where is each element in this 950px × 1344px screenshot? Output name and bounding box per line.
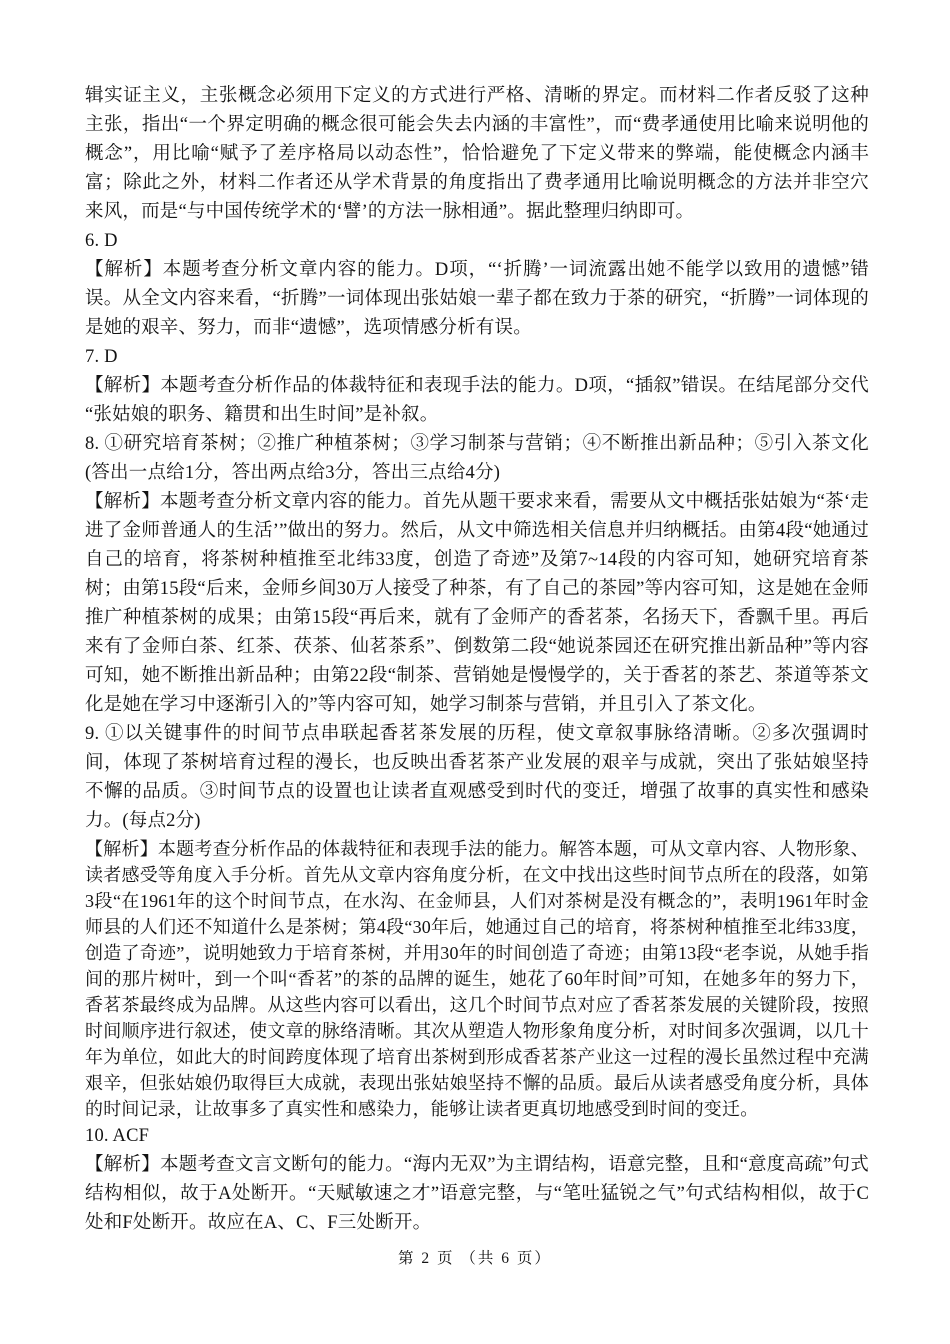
answer-sheet-page: 辑实证主义，主张概念必须用下定义的方式进行严格、清晰的界定。而材料二作者反驳了这…: [0, 0, 950, 1344]
answer-8-line: 8. ①研究培育茶树；②推广种植茶树；③学习制茶与营销；④不断推出新品种；⑤引入…: [85, 430, 869, 488]
paragraph-analysis-9: 【解析】本题考查分析作品的体裁特征和表现手法的能力。解答本题，可从文章内容、人物…: [85, 836, 869, 1122]
answer-9-line: 9. ①以关键事件的时间节点串联起香茗茶发展的历程，使文章叙事脉络清晰。②多次强…: [85, 720, 869, 836]
paragraph-analysis-10: 【解析】本题考查文言文断句的能力。“海内无双”为主谓结构，语意完整，且和“意度高…: [85, 1151, 869, 1238]
answer-6-line: 6. D: [85, 227, 869, 256]
paragraph-analysis-6: 【解析】本题考查分析文章内容的能力。D项，“‘折腾’一词流露出她不能学以致用的遗…: [85, 256, 869, 343]
paragraph-analysis-7: 【解析】本题考查分析作品的体裁特征和表现手法的能力。D项，“插叙”错误。在结尾部…: [85, 372, 869, 430]
paragraph-analysis-8: 【解析】本题考查分析文章内容的能力。首先从题干要求来看，需要从文中概括张姑娘为“…: [85, 488, 869, 720]
paragraph-analysis-5-continuation: 辑实证主义，主张概念必须用下定义的方式进行严格、清晰的界定。而材料二作者反驳了这…: [85, 82, 869, 227]
page-footer: 第 2 页 （共 6 页）: [0, 1246, 950, 1268]
answer-content: 辑实证主义，主张概念必须用下定义的方式进行严格、清晰的界定。而材料二作者反驳了这…: [85, 82, 869, 1238]
answer-7-line: 7. D: [85, 343, 869, 372]
answer-10-line: 10. ACF: [85, 1122, 869, 1151]
